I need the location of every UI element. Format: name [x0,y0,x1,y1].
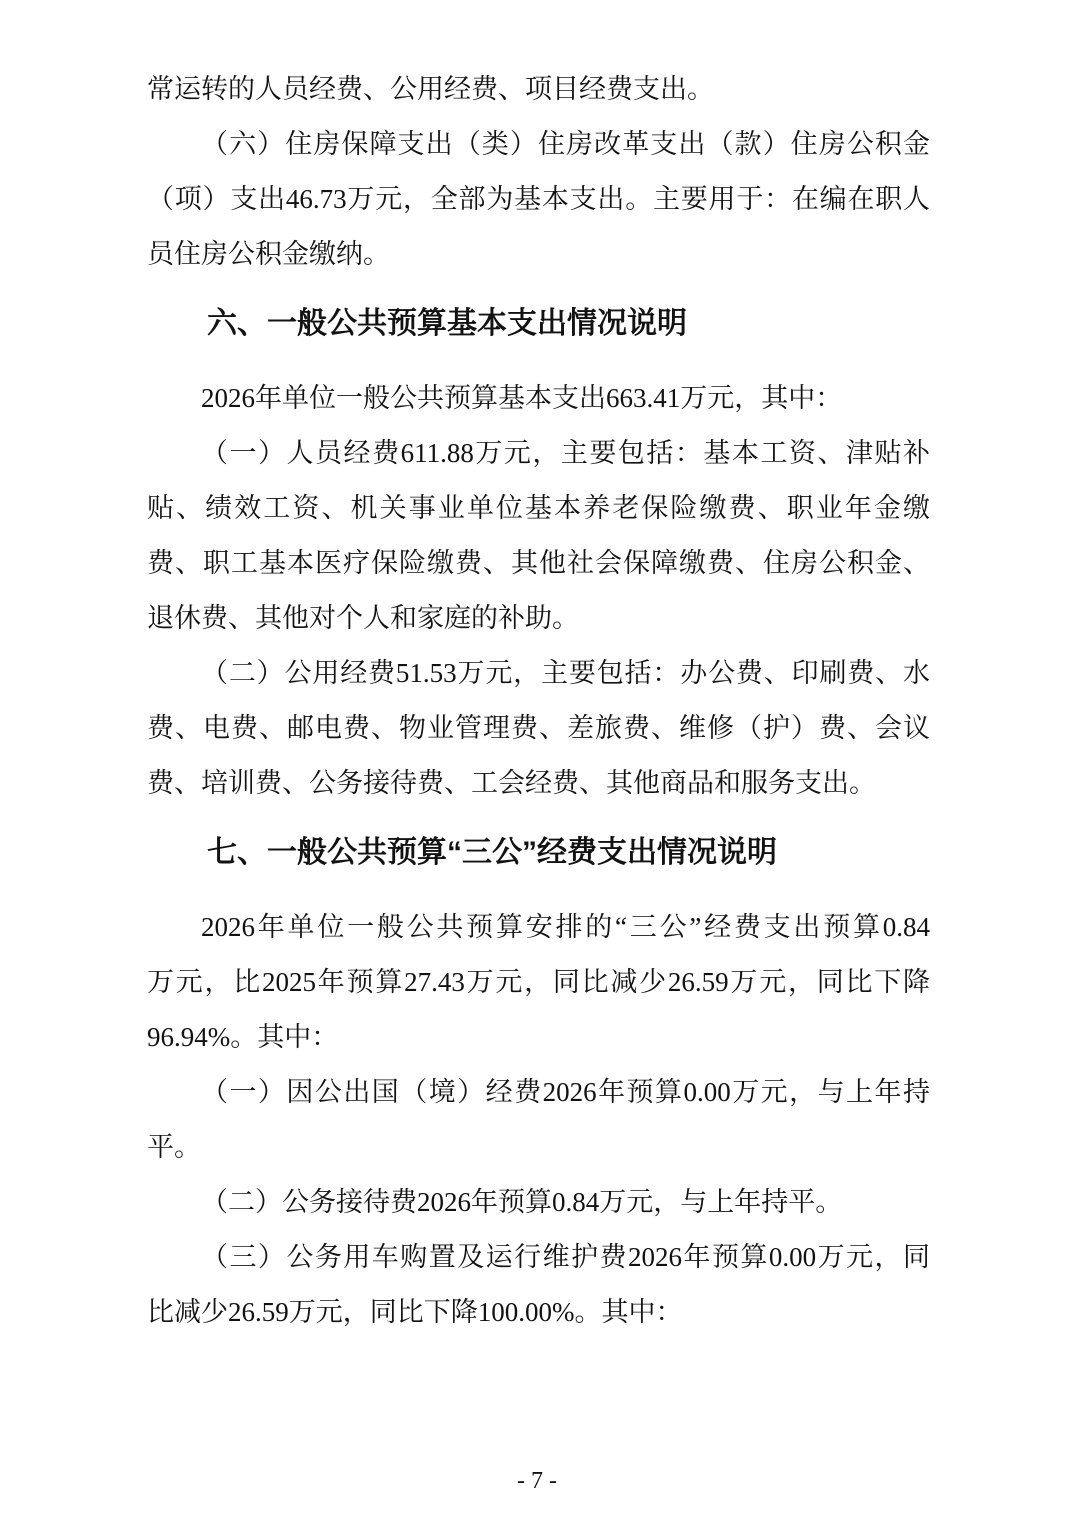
paragraph-line: （三）公务用车购置及运行维护费2026年预算0.00万元，同 [147,1230,930,1285]
paragraph-line: 常运转的人员经费、公用经费、项目经费支出。 [147,62,930,117]
document-body: 常运转的人员经费、公用经费、项目经费支出。 （六）住房保障支出（类）住房改革支出… [147,62,930,1340]
paragraph-line: 平。 [147,1120,930,1175]
section-seven-heading: 七、一般公共预算“三公”经费支出情况说明 [147,825,930,880]
paragraph-line: 贴、绩效工资、机关事业单位基本养老保险缴费、职业年金缴 [147,481,930,536]
paragraph-line: 费、培训费、公务接待费、工会经费、其他商品和服务支出。 [147,756,930,811]
paragraph-line: （一）人员经费611.88万元，主要包括：基本工资、津贴补 [147,426,930,481]
document-page: 常运转的人员经费、公用经费、项目经费支出。 （六）住房保障支出（类）住房改革支出… [0,0,1074,1520]
paragraph-line: 费、电费、邮电费、物业管理费、差旅费、维修（护）费、会议 [147,701,930,756]
section-six-heading: 六、一般公共预算基本支出情况说明 [147,296,930,351]
paragraph-line: 2026年单位一般公共预算安排的“三公”经费支出预算0.84 [147,900,930,955]
paragraph-line: 2026年单位一般公共预算基本支出663.41万元，其中： [147,371,930,426]
paragraph-line: （二）公务接待费2026年预算0.84万元，与上年持平。 [147,1175,930,1230]
paragraph-line: 万元，比2025年预算27.43万元，同比减少26.59万元，同比下降 [147,955,930,1010]
paragraph-line: 96.94%。其中： [147,1010,930,1065]
page-number: - 7 - [0,1466,1074,1496]
paragraph-line: （一）因公出国（境）经费2026年预算0.00万元，与上年持 [147,1065,930,1120]
paragraph-line: 费、职工基本医疗保险缴费、其他社会保障缴费、住房公积金、 [147,536,930,591]
paragraph-line: 退休费、其他对个人和家庭的补助。 [147,591,930,646]
paragraph-line: （二）公用经费51.53万元，主要包括：办公费、印刷费、水 [147,646,930,701]
paragraph-line: 比减少26.59万元，同比下降100.00%。其中： [147,1285,930,1340]
paragraph-line: 员住房公积金缴纳。 [147,227,930,282]
paragraph-line: （项）支出46.73万元，全部为基本支出。主要用于：在编在职人 [147,172,930,227]
paragraph-line: （六）住房保障支出（类）住房改革支出（款）住房公积金 [147,117,930,172]
